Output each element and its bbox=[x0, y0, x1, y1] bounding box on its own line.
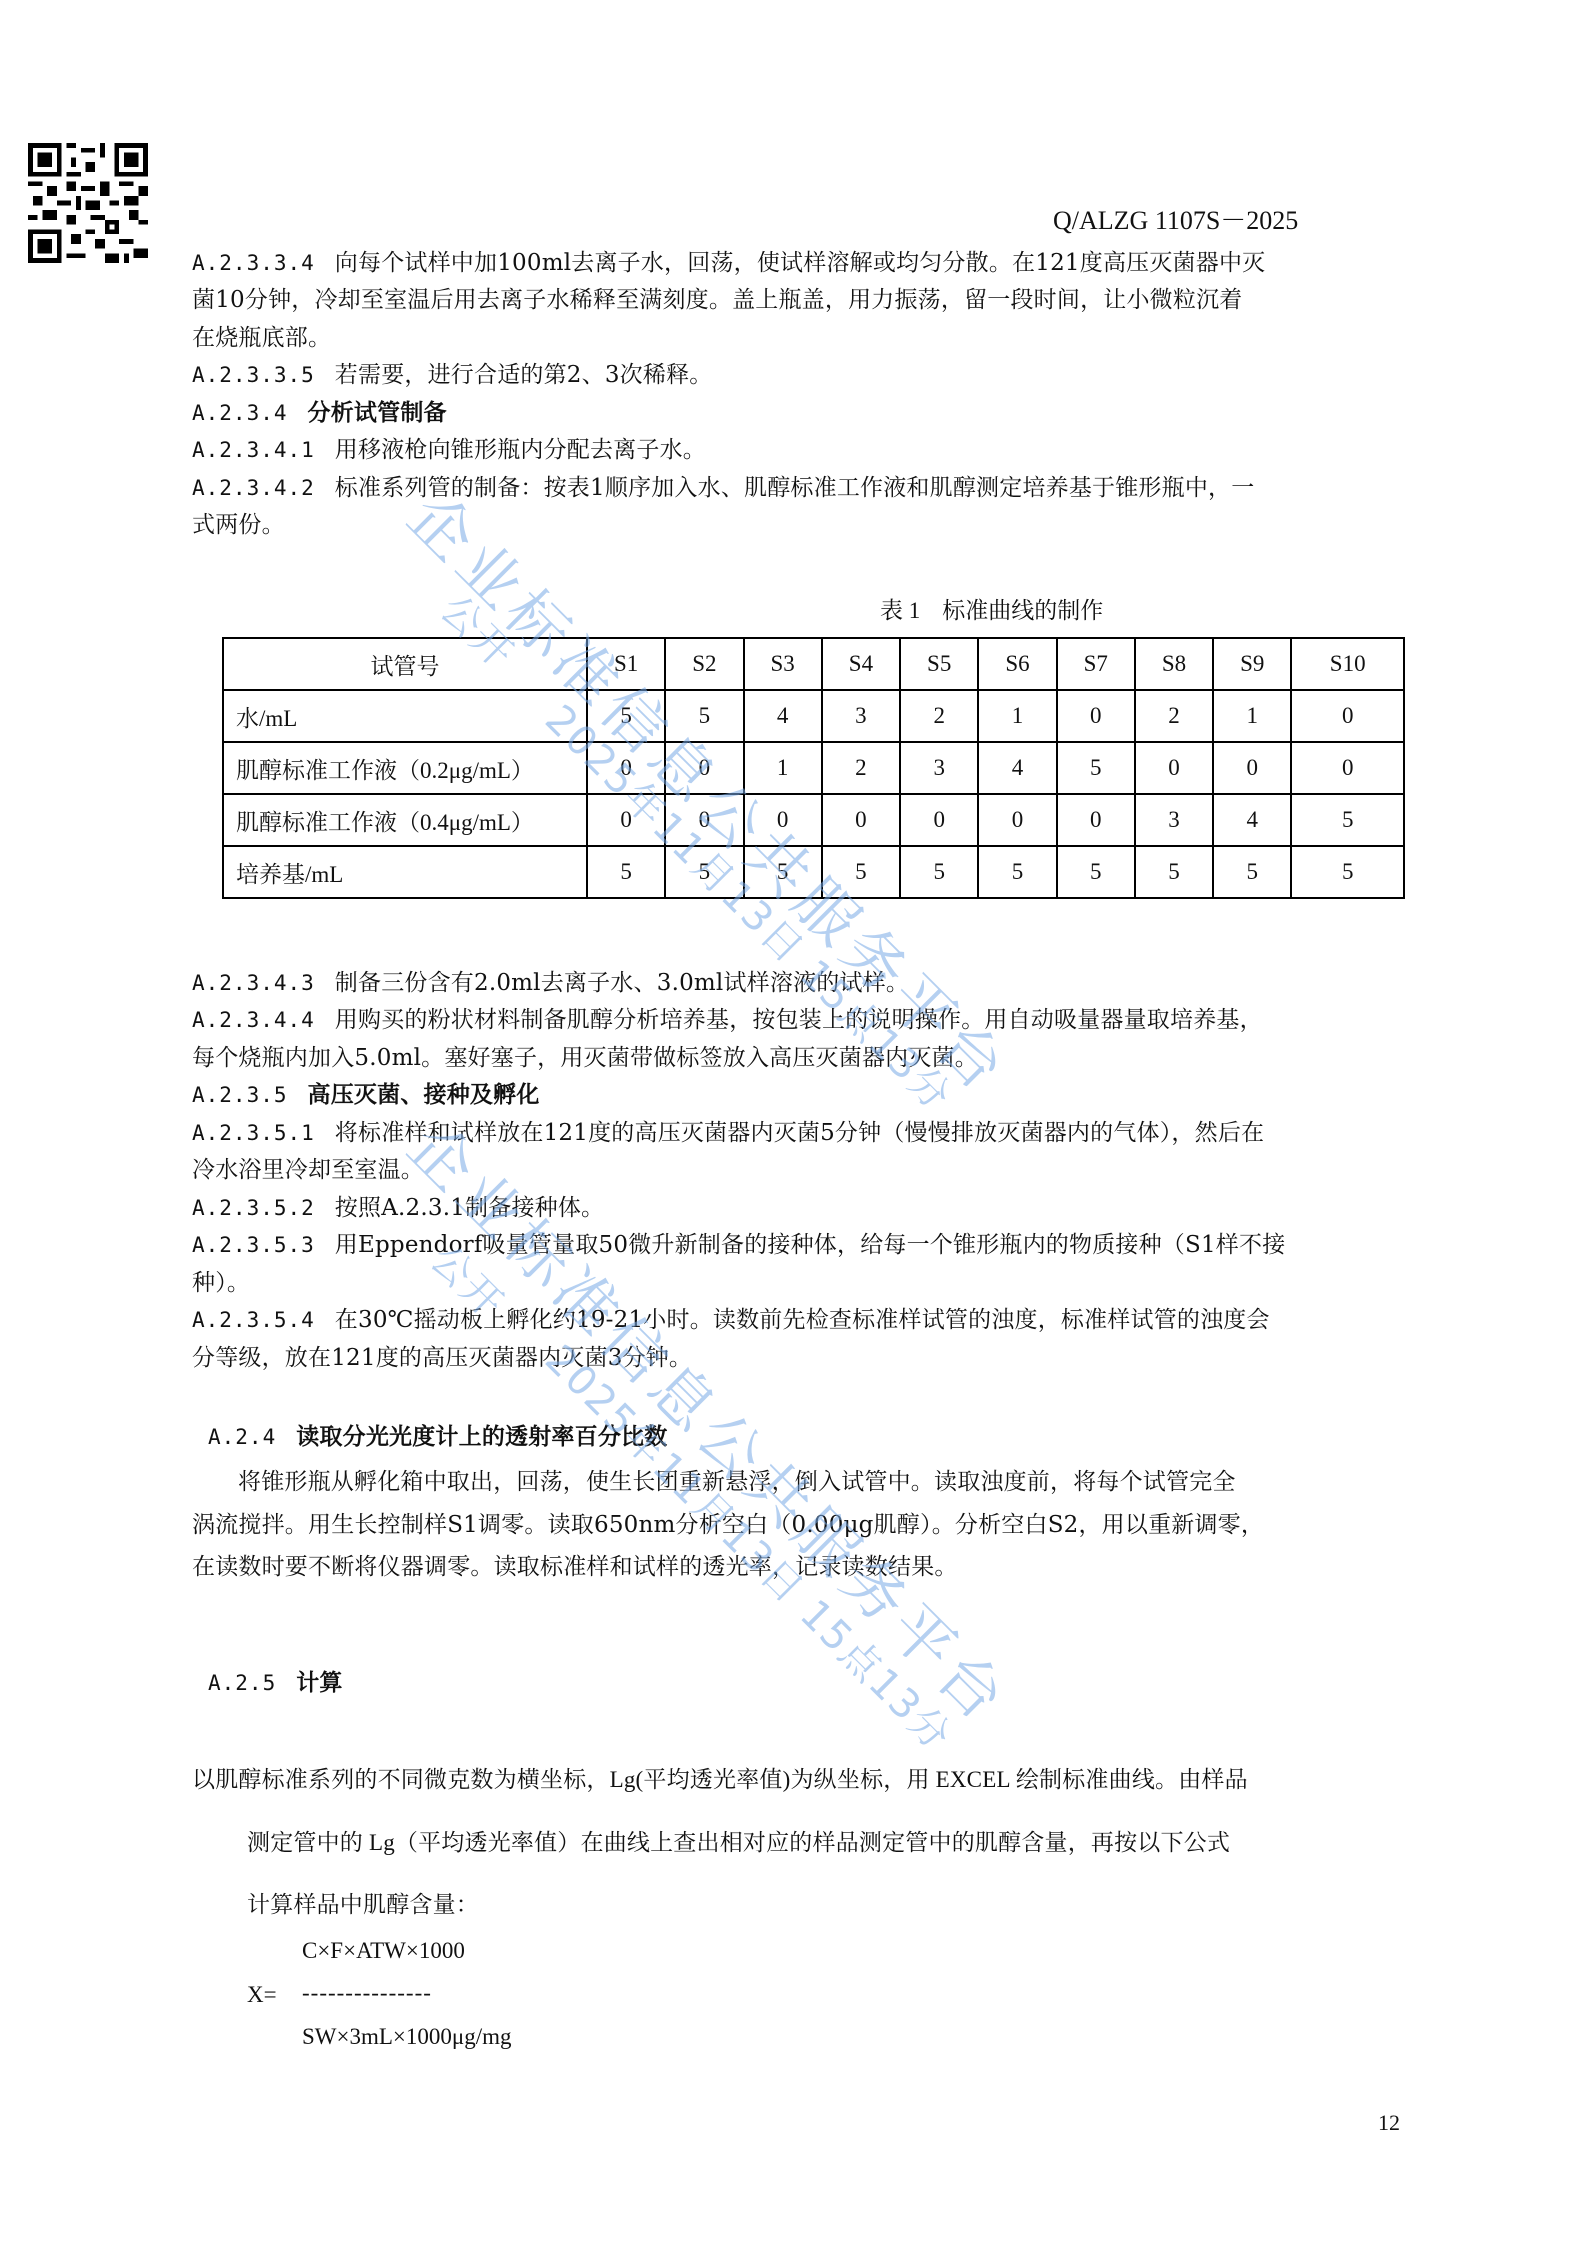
para-a2343: A.2.3.4.3制备三份含有2.0ml去离子水、3.0ml试样溶液的试样。 bbox=[192, 968, 909, 998]
section-number: A.2.3.5.1 bbox=[192, 1121, 315, 1145]
para-a2334-line-3: 在烧瓶底部。 bbox=[192, 323, 331, 353]
table-cell: 3 bbox=[822, 690, 900, 742]
para-text: 在30℃摇动板上孵化约19-21小时。读数前先检查标准样试管的浊度，标准样试管的… bbox=[335, 1307, 1270, 1333]
table-cell: 5 bbox=[1291, 794, 1404, 846]
para-text: 将标准样和试样放在121度的高压灭菌器内灭菌5分钟（慢慢排放灭菌器内的气体），然… bbox=[335, 1120, 1264, 1146]
table-cell: 0 bbox=[1057, 794, 1135, 846]
section-number: A.2.3.5.4 bbox=[192, 1308, 315, 1332]
section-title: 高压灭菌、接种及孵化 bbox=[308, 1082, 540, 1108]
table-cell: 4 bbox=[744, 690, 822, 742]
section-number: A.2.3.4.1 bbox=[192, 438, 315, 462]
section-number: A.2.3.3.5 bbox=[192, 363, 315, 387]
para-a24-line-2: 涡流搅拌。用生长控制样S1调零。读取650nm分析空白（0.00μg肌醇）。分析… bbox=[192, 1510, 1264, 1540]
para-a24-line-1: 将锥形瓶从孵化箱中取出，回荡，使生长团重新悬浮，倒入试管中。读取浊度前，将每个试… bbox=[238, 1467, 1236, 1497]
table-cell: 5 bbox=[665, 690, 743, 742]
table-cell: 0 bbox=[587, 742, 665, 794]
para-text: 用移液枪向锥形瓶内分配去离子水。 bbox=[335, 437, 706, 463]
page-number: 12 bbox=[1378, 2110, 1400, 2136]
table-cell: 4 bbox=[1213, 794, 1291, 846]
column-header: S10 bbox=[1291, 638, 1404, 690]
table-cell: 1 bbox=[1213, 690, 1291, 742]
para-text: 若需要，进行合适的第2、3次稀释。 bbox=[335, 362, 713, 388]
table-cell: 5 bbox=[822, 846, 900, 898]
table-cell: 0 bbox=[822, 794, 900, 846]
section-number: A.2.3.3.4 bbox=[192, 251, 315, 275]
section-title: 读取分光光度计上的透射率百分比数 bbox=[296, 1424, 667, 1450]
para-a2334-line-2: 菌10分钟，冷却至室温后用去离子水稀释至满刻度。盖上瓶盖，用力振荡，留一段时间，… bbox=[192, 285, 1242, 315]
column-header: S4 bbox=[822, 638, 900, 690]
para-a2334-line-1: A.2.3.3.4向每个试样中加100ml去离子水，回荡，使试样溶解或均匀分散。… bbox=[192, 248, 1265, 278]
table-cell: 0 bbox=[1057, 690, 1135, 742]
table-cell: 4 bbox=[978, 742, 1056, 794]
formula-denominator: SW×3mL×1000μg/mg bbox=[302, 2024, 512, 2050]
table-cell: 2 bbox=[1135, 690, 1213, 742]
formula-lhs: X= bbox=[247, 1982, 277, 2008]
section-number: A.2.3.5 bbox=[192, 1083, 288, 1107]
formula-numerator: C×F×ATW×1000 bbox=[302, 1938, 465, 1964]
para-text: 标准系列管的制备：按表1顺序加入水、肌醇标准工作液和肌醇测定培养基于锥形瓶中，一 bbox=[335, 475, 1255, 501]
section-title: 计算 bbox=[296, 1670, 342, 1696]
table-cell: 0 bbox=[665, 742, 743, 794]
row-label: 水/mL bbox=[223, 690, 587, 742]
watermark-timestamp: 2025年11月13日 15点13分 bbox=[535, 1330, 967, 1762]
row-label: 肌醇标准工作液（0.2μg/mL） bbox=[223, 742, 587, 794]
section-number: A.2.3.5.2 bbox=[192, 1196, 315, 1220]
table-cell: 2 bbox=[900, 690, 978, 742]
para-a2351-line-2: 冷水浴里冷却至室温。 bbox=[192, 1155, 424, 1185]
column-header: S6 bbox=[978, 638, 1056, 690]
table-cell: 2 bbox=[822, 742, 900, 794]
table-cell: 5 bbox=[1213, 846, 1291, 898]
table-cell: 5 bbox=[1057, 742, 1135, 794]
section-number: A.2.3.4.2 bbox=[192, 476, 315, 500]
section-title: 分析试管制备 bbox=[308, 400, 447, 426]
para-a25-line-2: 测定管中的 Lg（平均透光率值）在曲线上查出相对应的样品测定管中的肌醇含量，再按… bbox=[247, 1828, 1230, 1858]
table-cell: 5 bbox=[1291, 846, 1404, 898]
para-a2352: A.2.3.5.2按照A.2.3.1制备接种体。 bbox=[192, 1193, 604, 1223]
column-header: S9 bbox=[1213, 638, 1291, 690]
table-cell: 0 bbox=[900, 794, 978, 846]
para-a25-line-3: 计算样品中肌醇含量： bbox=[247, 1890, 479, 1920]
heading-a25: A.2.5计算 bbox=[208, 1668, 343, 1698]
para-a2342-line-1: A.2.3.4.2标准系列管的制备：按表1顺序加入水、肌醇标准工作液和肌醇测定培… bbox=[192, 473, 1254, 503]
para-text: 用购买的粉状材料制备肌醇分析培养基，按包装上的说明操作。用自动吸量器量取培养基， bbox=[335, 1007, 1263, 1033]
para-text: 用Eppendorf吸量管量取50微升新制备的接种体，给每一个锥形瓶内的物质接种… bbox=[335, 1232, 1286, 1258]
table-header-row: 试管号 S1 S2 S3 S4 S5 S6 S7 S8 S9 S10 bbox=[223, 638, 1404, 690]
table-row: 肌醇标准工作液（0.2μg/mL） 0 0 1 2 3 4 5 0 0 0 bbox=[223, 742, 1404, 794]
table-cell: 5 bbox=[900, 846, 978, 898]
para-text: 向每个试样中加100ml去离子水，回荡，使试样溶解或均匀分散。在121度高压灭菌… bbox=[335, 250, 1266, 276]
table-cell: 0 bbox=[1291, 690, 1404, 742]
table-cell: 0 bbox=[665, 794, 743, 846]
heading-a234: A.2.3.4分析试管制备 bbox=[192, 398, 447, 428]
para-a2353-line-1: A.2.3.5.3用Eppendorf吸量管量取50微升新制备的接种体，给每一个… bbox=[192, 1230, 1285, 1260]
heading-a24: A.2.4读取分光光度计上的透射率百分比数 bbox=[208, 1422, 667, 1452]
para-text: 制备三份含有2.0ml去离子水、3.0ml试样溶液的试样。 bbox=[335, 970, 909, 996]
table-cell: 0 bbox=[1291, 742, 1404, 794]
row-label: 肌醇标准工作液（0.4μg/mL） bbox=[223, 794, 587, 846]
column-header: S1 bbox=[587, 638, 665, 690]
section-number: A.2.3.4 bbox=[192, 401, 288, 425]
column-header: S3 bbox=[744, 638, 822, 690]
table-cell: 0 bbox=[978, 794, 1056, 846]
para-a2353-line-2: 种）。 bbox=[192, 1268, 250, 1298]
table-cell: 5 bbox=[587, 690, 665, 742]
qr-code-icon bbox=[28, 143, 148, 263]
table-number: 表 1 bbox=[880, 598, 920, 623]
heading-a235: A.2.3.5高压灭菌、接种及孵化 bbox=[192, 1080, 540, 1110]
table-cell: 3 bbox=[900, 742, 978, 794]
para-text: 按照A.2.3.1制备接种体。 bbox=[335, 1195, 604, 1221]
column-header: S2 bbox=[665, 638, 743, 690]
section-number: A.2.4 bbox=[208, 1425, 276, 1449]
formula-divider: --------------- bbox=[302, 1980, 432, 2006]
column-header: S7 bbox=[1057, 638, 1135, 690]
table-cell: 5 bbox=[1135, 846, 1213, 898]
table-row: 培养基/mL 5 5 5 5 5 5 5 5 5 5 bbox=[223, 846, 1404, 898]
section-number: A.2.5 bbox=[208, 1671, 276, 1695]
row-label: 培养基/mL bbox=[223, 846, 587, 898]
table-cell: 5 bbox=[978, 846, 1056, 898]
table-title: 标准曲线的制作 bbox=[942, 598, 1103, 623]
table-cell: 0 bbox=[1213, 742, 1291, 794]
table-row: 水/mL 5 5 4 3 2 1 0 2 1 0 bbox=[223, 690, 1404, 742]
table-cell: 5 bbox=[1057, 846, 1135, 898]
para-a2354-line-2: 分等级，放在121度的高压灭菌器内灭菌3分钟。 bbox=[192, 1343, 692, 1373]
para-a2335: A.2.3.3.5若需要，进行合适的第2、3次稀释。 bbox=[192, 360, 712, 390]
table-cell: 1 bbox=[978, 690, 1056, 742]
table-cell: 0 bbox=[1135, 742, 1213, 794]
para-a24-line-3: 在读数时要不断将仪器调零。读取标准样和试样的透光率，记录读数结果。 bbox=[192, 1552, 958, 1582]
table-caption: 表 1标准曲线的制作 bbox=[880, 592, 1103, 625]
table-cell: 5 bbox=[665, 846, 743, 898]
table-row: 肌醇标准工作液（0.4μg/mL） 0 0 0 0 0 0 0 3 4 5 bbox=[223, 794, 1404, 846]
table-header-label: 试管号 bbox=[223, 638, 587, 690]
section-number: A.2.3.4.3 bbox=[192, 971, 315, 995]
section-number: A.2.3.4.4 bbox=[192, 1008, 315, 1032]
table-cell: 5 bbox=[587, 846, 665, 898]
table-cell: 1 bbox=[744, 742, 822, 794]
para-a2342-line-2: 式两份。 bbox=[192, 510, 285, 540]
section-number: A.2.3.5.3 bbox=[192, 1233, 315, 1257]
standard-curve-table: 试管号 S1 S2 S3 S4 S5 S6 S7 S8 S9 S10 水/mL … bbox=[222, 637, 1405, 899]
para-a2344-line-1: A.2.3.4.4用购买的粉状材料制备肌醇分析培养基，按包装上的说明操作。用自动… bbox=[192, 1005, 1263, 1035]
column-header: S8 bbox=[1135, 638, 1213, 690]
para-a2354-line-1: A.2.3.5.4在30℃摇动板上孵化约19-21小时。读数前先检查标准样试管的… bbox=[192, 1305, 1270, 1335]
column-header: S5 bbox=[900, 638, 978, 690]
document-code: Q/ALZG 1107S－2025 bbox=[1053, 200, 1298, 237]
para-a25-line-1: 以肌醇标准系列的不同微克数为横坐标，Lg(平均透光率值)为纵坐标，用 EXCEL… bbox=[192, 1765, 1248, 1795]
table-cell: 3 bbox=[1135, 794, 1213, 846]
table-cell: 5 bbox=[744, 846, 822, 898]
para-a2344-line-2: 每个烧瓶内加入5.0ml。塞好塞子，用灭菌带做标签放入高压灭菌器内灭菌。 bbox=[192, 1043, 978, 1073]
para-a2341: A.2.3.4.1用移液枪向锥形瓶内分配去离子水。 bbox=[192, 435, 706, 465]
table-cell: 0 bbox=[744, 794, 822, 846]
table-cell: 0 bbox=[587, 794, 665, 846]
para-a2351-line-1: A.2.3.5.1将标准样和试样放在121度的高压灭菌器内灭菌5分钟（慢慢排放灭… bbox=[192, 1118, 1264, 1148]
